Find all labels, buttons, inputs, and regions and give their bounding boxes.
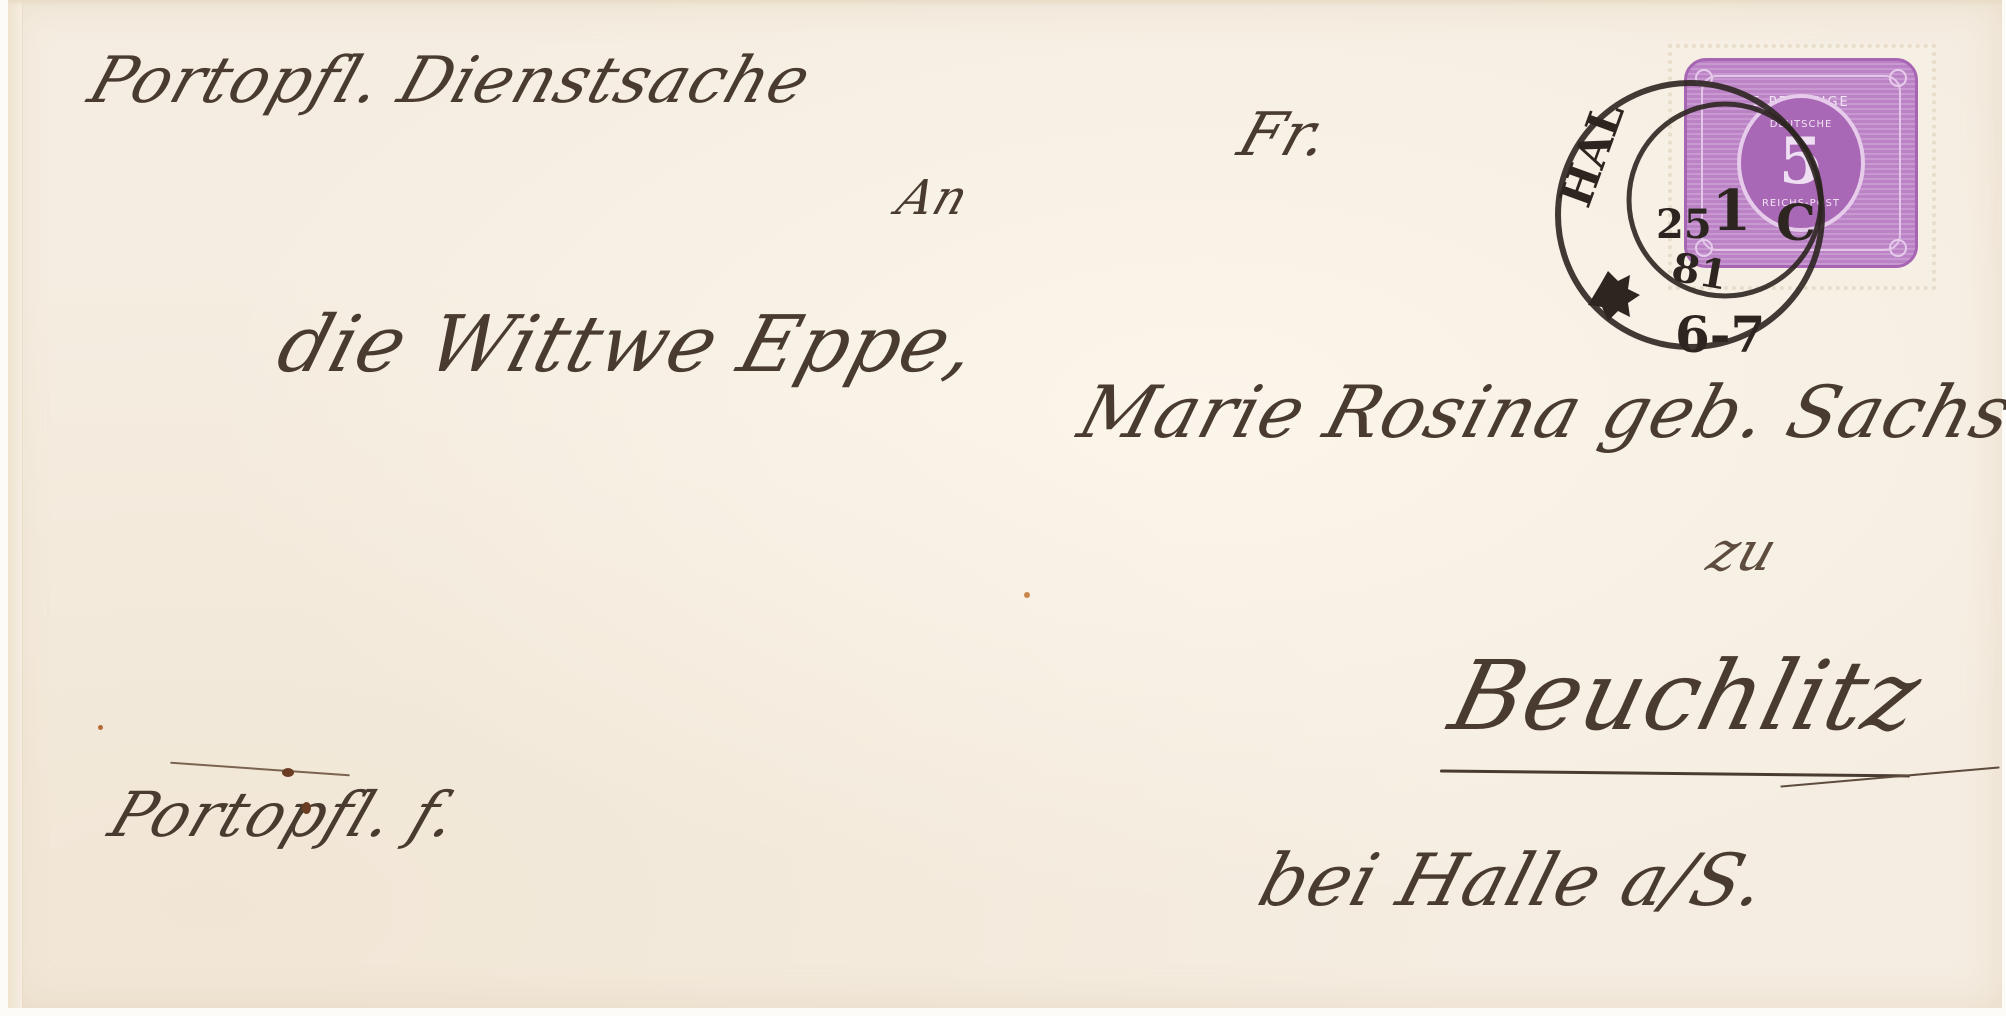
postmark-year: 81: [1668, 244, 1731, 300]
envelope-top-edge: [8, 0, 2002, 6]
ink-blot: [302, 802, 311, 814]
recipient-full-name: Marie Rosina geb. Sachse: [1070, 370, 2006, 454]
postmark-star-icon: [1588, 271, 1640, 321]
postmark-town: HAL: [1550, 96, 1634, 214]
stamp-rosette-icon: [1889, 69, 1907, 87]
destination-place: Beuchlitz: [1440, 640, 1932, 752]
stamp-rosette-icon: [1889, 239, 1907, 257]
sender-note: Portopfl. f.: [100, 778, 469, 851]
foxing-spot: [1024, 592, 1030, 598]
postmark-letter: C: [1776, 193, 1816, 252]
postmark-cancellation: HAL 25 1 C 81 6-7: [1540, 60, 1880, 370]
ink-blot: [282, 768, 294, 777]
recipient-name: die Wittwe Eppe,: [268, 300, 988, 390]
destination-region: bei Halle a/S.: [1250, 838, 1777, 922]
postmark-time: 6-7: [1675, 305, 1765, 364]
envelope-fold-edge: [8, 0, 23, 1008]
foxing-spot: [98, 725, 103, 730]
postmark-day: 25: [1656, 201, 1712, 248]
postmark-month: 1: [1712, 178, 1751, 244]
service-note: Portopfl. Dienstsache: [80, 44, 820, 118]
